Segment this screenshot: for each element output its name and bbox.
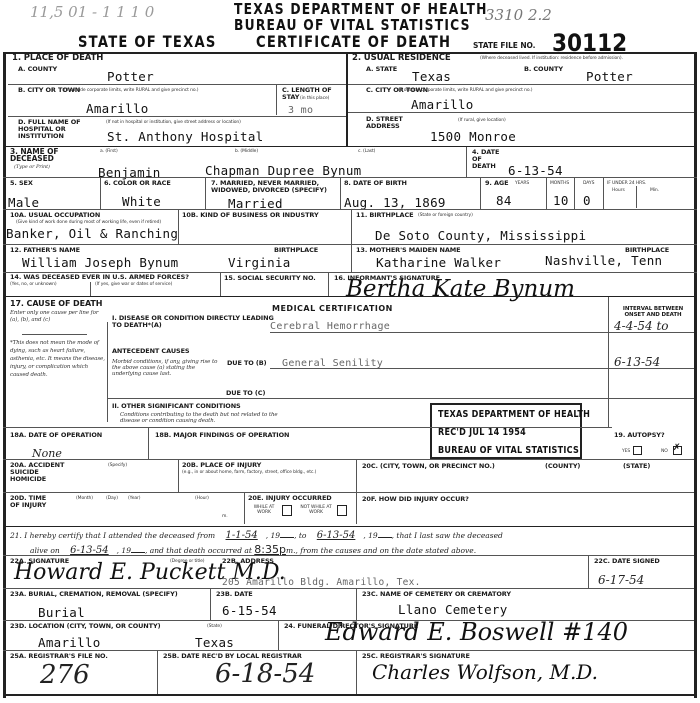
injury-time-label: 20d. TIME OF INJURY (10, 495, 50, 509)
burial-location-city[interactable]: Amarillo (38, 636, 101, 649)
injury-year-label: (Year) (128, 496, 140, 501)
cemetery-value[interactable]: Llano Cemetery (398, 603, 508, 616)
accident-type-label: 20a. ACCIDENT SUICIDE HOMICIDE (10, 462, 70, 483)
dob-label: 8. DATE OF BIRTH (344, 180, 407, 187)
residence-county-value[interactable]: Potter (586, 70, 633, 83)
attended-to-value[interactable]: 6-13-54 (309, 530, 364, 541)
autopsy-no-checkbox[interactable]: ✗ (673, 446, 682, 455)
form-left-border (3, 52, 6, 698)
antecedent-label: ANTECEDENT CAUSES (112, 348, 190, 355)
years-label: YEARS (515, 181, 529, 186)
hospital-value[interactable]: St. Anthony Hospital (107, 130, 264, 143)
armed-forces-label: 14. WAS DECEASED EVER IN U.S. ARMED FORC… (10, 274, 210, 281)
state-title: STATE OF TEXAS (78, 34, 217, 49)
bureau-title: BUREAU OF VITAL STATISTICS (234, 18, 471, 33)
due-to-b-label: DUE TO (b) (227, 360, 267, 367)
stamp-line-1: TEXAS DEPARTMENT OF HEALTH (438, 409, 590, 420)
place-of-death-label: 1. PLACE OF DEATH (12, 55, 103, 62)
funeral-director-signature[interactable]: Edward E. Boswell #140 (325, 618, 628, 646)
name-hint: (Type or Print) (14, 165, 50, 170)
father-label: 12. FATHER'S NAME (10, 247, 80, 254)
residence-city-value[interactable]: Amarillo (411, 98, 474, 111)
burial-state-label: (State) (207, 624, 222, 629)
injury-county-label: (COUNTY) (545, 463, 580, 470)
residence-state-label: a. STATE (366, 66, 397, 73)
while-at-work-checkbox[interactable] (282, 505, 292, 516)
death-city-value[interactable]: Amarillo (86, 102, 149, 115)
age-months-value[interactable]: 10 (553, 194, 569, 207)
father-birthplace-value[interactable]: Virginia (228, 256, 291, 269)
stay-hint: (in this place) (300, 96, 329, 101)
antecedent-hint: Morbid conditions, if any, giving rise t… (112, 359, 222, 377)
form-bottom-border (3, 694, 697, 696)
injury-hour-label: (Hour) (195, 496, 209, 501)
burial-date-label: 23b. DATE (216, 591, 253, 598)
while-at-work-label: WHILE AT WORK (250, 505, 278, 515)
cemetery-label: 23c. NAME OF CEMETERY OR CREMATORY (362, 591, 511, 598)
place-of-injury-label: 20b. PLACE OF INJURY (182, 462, 261, 469)
medical-certification-title: MEDICAL CERTIFICATION (272, 305, 393, 312)
mother-value[interactable]: Katharine Walker (376, 256, 501, 269)
cert-19c: , 19 (117, 546, 131, 555)
injury-month-label: (Month) (76, 496, 93, 501)
injury-m-label: m. (222, 514, 228, 519)
county-label: a. COUNTY (18, 66, 57, 73)
age-years-value[interactable]: 84 (496, 194, 512, 207)
margin-note-left: 11,5 01 - 1 1 1 0 (30, 3, 154, 21)
death-at-label: , and that death occurred at (145, 546, 252, 555)
autopsy-label: 19. AUTOPSY? (614, 432, 665, 439)
certification-statement: 21. I hereby certify that I attended the… (10, 530, 503, 541)
birthplace-label: 11. BIRTHPLACE (356, 212, 413, 219)
residence-city-hint: (If outside corporate limits, write RURA… (398, 88, 688, 93)
race-value[interactable]: White (122, 195, 161, 208)
cert-19b: , 19 (363, 531, 377, 540)
cause-hint: Enter only one cause per line for (a), (… (10, 310, 105, 323)
marital-label: 7. MARRIED, NEVER MARRIED, WIDOWED, DIVO… (211, 180, 341, 194)
ssn-label: 15. SOCIAL SECURITY NO. (224, 275, 316, 282)
form-top-border (3, 52, 697, 54)
date-signed-label: 22c. DATE SIGNED (594, 558, 660, 565)
department-title: TEXAS DEPARTMENT OF HEALTH (234, 2, 488, 17)
registrar-signature[interactable]: Charles Wolfson, M.D. (372, 660, 598, 684)
birthplace-hint: (State or foreign country) (418, 213, 473, 218)
min-label: Min. (650, 188, 659, 193)
date-of-death-value[interactable]: 6-13-54 (508, 164, 563, 177)
burial-date-value[interactable]: 6-15-54 (222, 604, 277, 617)
stamp-line-3: BUREAU OF VITAL STATISTICS (438, 445, 579, 456)
months-label: MONTHS (550, 181, 569, 186)
operation-date-label: 18a. DATE OF OPERATION (10, 432, 102, 439)
operation-findings-label: 18b. MAJOR FINDINGS OF OPERATION (155, 432, 289, 439)
mother-birthplace-value[interactable]: Nashville, Tenn (545, 254, 662, 267)
residence-county-label: b. COUNTY (524, 66, 563, 73)
injury-day-label: (Day) (106, 496, 118, 501)
age-days-value[interactable]: 0 (583, 194, 591, 207)
autopsy-yes-label: YES (622, 449, 630, 454)
registrar-file-no-value[interactable]: 276 (40, 660, 90, 690)
date-signed-value[interactable]: 6-17-54 (598, 573, 644, 587)
interval-label: INTERVAL BETWEEN ONSET AND DEATH (614, 306, 692, 318)
registrar-date-value[interactable]: 6-18-54 (215, 659, 315, 689)
accident-specify-label: (Specify) (108, 463, 127, 468)
city-hint: (If outside corporate limits, write RURA… (64, 88, 274, 93)
hospital-hint: (If not in hospital or institution, give… (106, 120, 346, 125)
age-label: 9. AGE (485, 180, 508, 187)
date-of-death-label: 4. DATE OF DEATH (472, 149, 502, 170)
burial-location-state[interactable]: Texas (195, 636, 234, 649)
cert-text-1: 21. I hereby certify that I attended the… (10, 531, 215, 540)
margin-note-right: 3310 2.2 (485, 6, 552, 24)
father-birthplace-label: BIRTHPLACE (274, 247, 318, 254)
burial-method-label: 23a. BURIAL, CREMATION, REMOVAL (Specify… (10, 591, 178, 598)
injury-occurred-label: 20e. INJURY OCCURRED (248, 495, 332, 502)
hospital-label: d. FULL NAME OF HOSPITAL OR INSTITUTION (18, 119, 113, 140)
due-to-c-label: DUE TO (c) (226, 390, 265, 397)
section-divider (346, 52, 348, 146)
hours-label: Hours (612, 188, 625, 193)
days-label: DAYS (583, 181, 594, 186)
interval-b-value[interactable]: 6-13-54 (614, 355, 660, 369)
name-label: 3. NAME OF DECEASED (10, 148, 80, 162)
last-label: c. (Last) (358, 149, 375, 154)
stamp-line-2: REC'D JUL 14 1954 (438, 427, 526, 438)
under-24-label: IF UNDER 24 HRS. (607, 181, 687, 186)
middle-last-name-value[interactable]: Chapman Dupree Bynum (205, 164, 362, 177)
occupation-value[interactable]: Banker, Oil & Ranching (6, 227, 178, 240)
burial-location-label: 23d. LOCATION (City, town, or county) (10, 623, 160, 630)
other-conditions-label: II. OTHER SIGNIFICANT CONDITIONS (112, 403, 241, 410)
registrar-signature-label: 25c. REGISTRAR'S SIGNATURE (362, 653, 470, 660)
armed-forces-hint-yes-no: (Yes, no, or unknown) (10, 282, 56, 287)
dob-value[interactable]: Aug. 13, 1869 (344, 196, 446, 209)
cause-note: *This does not mean the mode of dying, s… (10, 339, 106, 379)
attended-from-value[interactable]: 1-1-54 (218, 530, 266, 541)
business-label: 10b. KIND OF BUSINESS OR INDUSTRY (182, 212, 319, 219)
place-of-injury-hint: (e.g., in or about home, farm, factory, … (182, 470, 342, 475)
first-label: a. (First) (100, 149, 118, 154)
cause-of-death-label: 17. CAUSE OF DEATH (10, 300, 102, 307)
street-value[interactable]: 1500 Monroe (430, 130, 516, 143)
check-mark-icon: ✗ (673, 443, 681, 453)
registrar-file-no-label: 25a. REGISTRAR'S FILE NO. (10, 653, 108, 660)
autopsy-yes-checkbox[interactable] (633, 446, 642, 455)
cert-last-saw: , that I last saw the deceased (392, 531, 503, 540)
state-file-no-label: STATE FILE NO. (473, 42, 535, 49)
alive-on-label: alive on (30, 546, 60, 555)
how-injury-label: 20f. HOW DID INJURY OCCUR? (362, 496, 469, 503)
other-conditions-hint: Conditions contributing to the death but… (120, 412, 290, 424)
middle-label: b. (Middle) (235, 149, 258, 154)
informant-signature[interactable]: Bertha Kate Bynum (346, 276, 575, 302)
father-value[interactable]: William Joseph Bynum (22, 256, 179, 269)
physician-address-label: 22b. ADDRESS (222, 558, 274, 565)
sex-value[interactable]: Male (8, 196, 39, 209)
usual-residence-label: 2. USUAL RESIDENCE (352, 55, 451, 62)
injury-state-label: (STATE) (623, 463, 650, 470)
race-label: 6. COLOR OR RACE (104, 180, 171, 187)
sex-label: 5. SEX (10, 180, 33, 187)
occupation-label: 10a. USUAL OCCUPATION (10, 212, 180, 219)
death-county-value[interactable]: Potter (107, 70, 154, 83)
cert-tail: m., from the causes and on the date stat… (286, 546, 476, 555)
autopsy-no-label: NO (661, 449, 668, 454)
received-stamp: TEXAS DEPARTMENT OF HEALTH REC'D JUL 14 … (430, 403, 582, 459)
burial-method-value[interactable]: Burial (38, 606, 85, 619)
injury-city-label: 20c. (CITY, TOWN, OR PRECINCT NO.) (362, 463, 495, 470)
mother-label: 13. MOTHER'S MAIDEN NAME (356, 247, 460, 254)
cert-to-label: , to (294, 531, 306, 540)
cert-19a: , 19 (266, 531, 280, 540)
residence-state-value[interactable]: Texas (412, 70, 451, 83)
residence-hint: (Where deceased lived. If institution: r… (480, 56, 690, 61)
direct-cause-label: I. DISEASE OR CONDITION DIRECTLY LEADING… (112, 315, 282, 329)
certificate-title: CERTIFICATE OF DEATH (256, 34, 451, 49)
interval-a-value[interactable]: 4-4-54 to (614, 319, 669, 333)
occupation-hint: (Give kind of work done during most of w… (16, 220, 176, 225)
armed-forces-hint-service: (If yes, give war or dates of service) (95, 282, 172, 287)
birthplace-value[interactable]: De Soto County, Mississippi (375, 229, 586, 242)
not-while-at-work-checkbox[interactable] (337, 505, 347, 516)
form-right-border (694, 52, 697, 698)
street-hint: (If rural, give location) (458, 118, 506, 123)
not-while-at-work-label: NOT WHILE AT WORK (298, 505, 334, 515)
street-label: d. STREET ADDRESS (366, 116, 416, 130)
